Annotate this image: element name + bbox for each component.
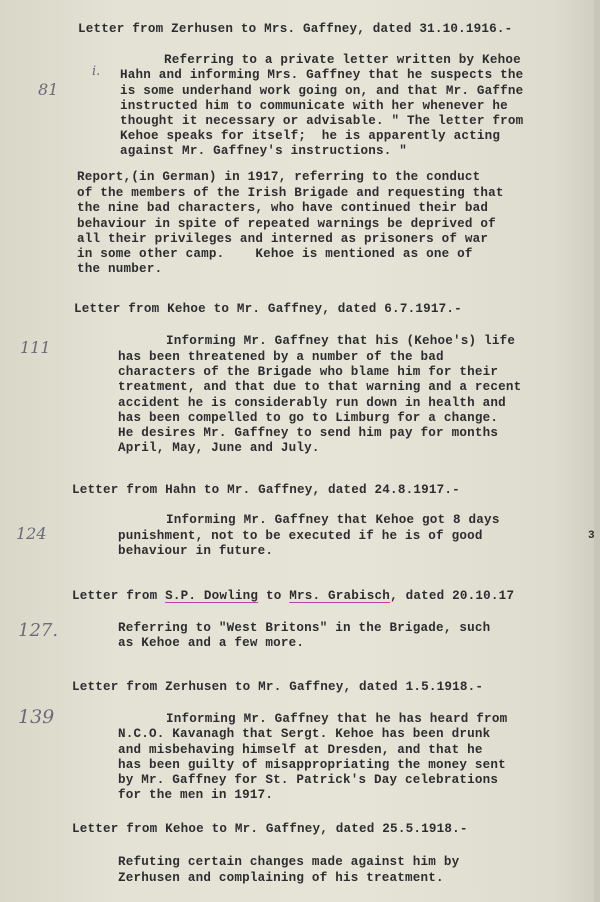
underlined-name: Mrs. Grabisch <box>289 589 390 603</box>
heading-text: Letter from <box>72 589 165 603</box>
entry-line: N.C.O. Kavanagh that Sergt. Kehoe has be… <box>118 727 490 741</box>
entry-line: April, May, June and July. <box>118 441 320 455</box>
entry-heading: Letter from S.P. Dowling to Mrs. Grabisc… <box>72 589 514 603</box>
entry-line: by Mr. Gaffney for St. Patrick's Day cel… <box>118 773 498 787</box>
entry-line: punishment, not to be executed if he is … <box>118 529 483 543</box>
entry-line: of the members of the Irish Brigade and … <box>77 186 504 200</box>
entry-line: accident he is considerably run down in … <box>118 396 506 410</box>
entry-line: He desires Mr. Gaffney to send him pay f… <box>118 426 498 440</box>
entry-line: behaviour in spite of repeated warnings … <box>77 217 496 231</box>
entry-line: Hahn and informing Mrs. Gaffney that he … <box>120 68 523 82</box>
entry-line: as Kehoe and a few more. <box>118 636 304 650</box>
entry-line: Zerhusen and complaining of his treatmen… <box>118 871 444 885</box>
entry-line: and misbehaving himself at Dresden, and … <box>118 743 483 757</box>
entry-line: Report,(in German) in 1917, referring to… <box>77 170 480 184</box>
heading-text: to <box>258 589 289 603</box>
entry-line: Referring to a private letter written by… <box>164 53 521 67</box>
entry-heading: Letter from Zerhusen to Mrs. Gaffney, da… <box>78 22 512 36</box>
entry-line: Informing Mr. Gaffney that Kehoe got 8 d… <box>166 513 500 527</box>
entry-line: against Mr. Gaffney's instructions. " <box>120 144 407 158</box>
edge-mark: 3 <box>588 530 595 542</box>
entry-line: for the men in 1917. <box>118 788 273 802</box>
entry-line: instructed him to communicate with her w… <box>120 99 508 113</box>
margin-note: 139 <box>18 706 54 728</box>
entry-line: all their privileges and interned as pri… <box>77 232 488 246</box>
entry-line: characters of the Brigade who blame him … <box>118 365 498 379</box>
underlined-name: S.P. Dowling <box>165 589 258 603</box>
entry-line: Informing Mr. Gaffney that he has heard … <box>166 712 507 726</box>
margin-note: 127. <box>18 620 58 641</box>
entry-line: has been compelled to go to Limburg for … <box>118 411 498 425</box>
entry-line: Kehoe speaks for itself; he is apparentl… <box>120 129 500 143</box>
entry-line: the nine bad characters, who have contin… <box>77 201 488 215</box>
entry-line: thought it necessary or advisable. " The… <box>120 114 523 128</box>
entry-line: is some underhand work going on, and tha… <box>120 84 523 98</box>
margin-note: 111 <box>20 338 51 357</box>
entry-line: Referring to "West Britons" in the Briga… <box>118 621 490 635</box>
entry-line: behaviour in future. <box>118 544 273 558</box>
page-edge <box>594 0 600 902</box>
document-page: Letter from Zerhusen to Mrs. Gaffney, da… <box>0 0 600 902</box>
margin-note: 81 <box>38 80 58 99</box>
margin-note: 124 <box>16 524 47 543</box>
entry-line: in some other camp. Kehoe is mentioned a… <box>77 247 473 261</box>
entry-line: has been guilty of misappropriating the … <box>118 758 506 772</box>
entry-heading: Letter from Hahn to Mr. Gaffney, dated 2… <box>72 483 460 497</box>
margin-mark: i. <box>92 64 100 79</box>
entry-line: has been threatened by a number of the b… <box>118 350 444 364</box>
heading-text: , dated 20.10.17 <box>390 589 514 603</box>
entry-line: the number. <box>77 262 162 276</box>
entry-heading: Letter from Zerhusen to Mr. Gaffney, dat… <box>72 680 483 694</box>
entry-line: treatment, and that due to that warning … <box>118 380 521 394</box>
entry-heading: Letter from Kehoe to Mr. Gaffney, dated … <box>72 822 468 836</box>
entry-heading: Letter from Kehoe to Mr. Gaffney, dated … <box>74 302 462 316</box>
entry-line: Refuting certain changes made against hi… <box>118 855 459 869</box>
entry-line: Informing Mr. Gaffney that his (Kehoe's)… <box>166 334 515 348</box>
